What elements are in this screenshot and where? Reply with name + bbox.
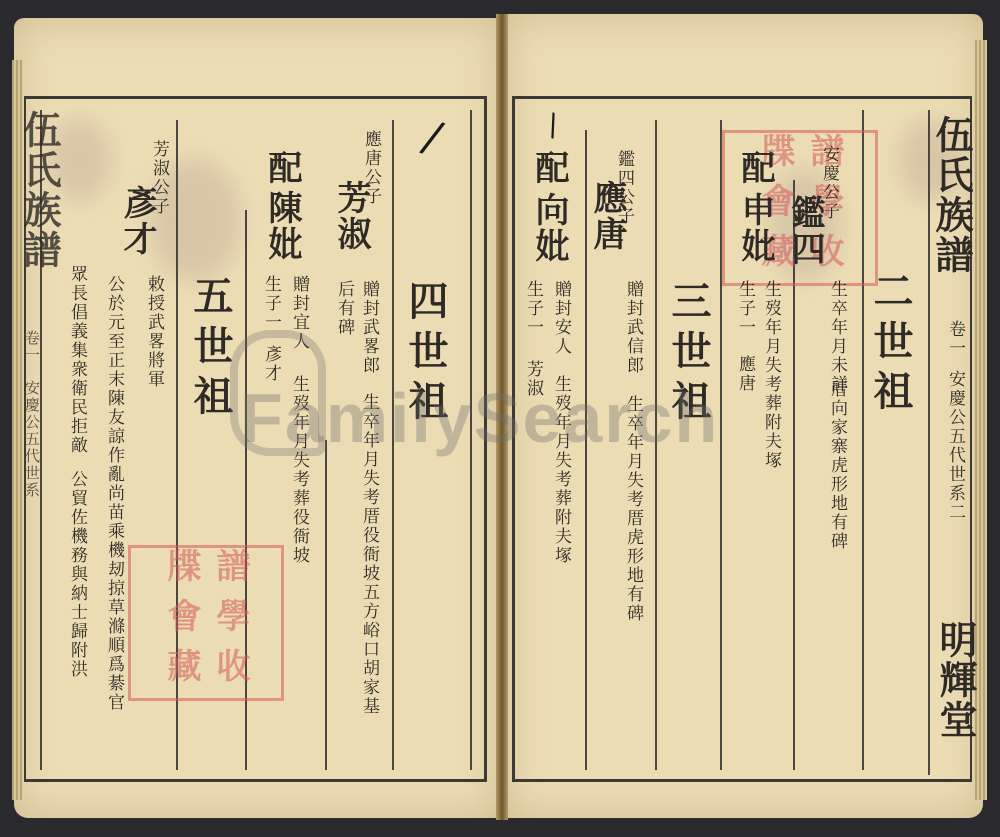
- biography-line: 公貿佐機務與納士歸附洪: [68, 470, 85, 679]
- person-name: 鑑四: [788, 195, 822, 267]
- familysearch-watermark: FamilySearch: [240, 378, 719, 458]
- children-count: 生子一: [524, 280, 541, 337]
- spouse-name: 向妣: [532, 192, 566, 264]
- margin-book-title: 伍氏族譜: [20, 110, 58, 270]
- posthumous-title: 敕授武畧將軍: [145, 275, 162, 389]
- burial-info: 厝向家寨虎形地有碑: [828, 380, 845, 551]
- life-dates: 生卒年月未詳: [828, 280, 845, 394]
- person-name: 彥才: [120, 185, 154, 257]
- volume-label: 卷一: [946, 320, 963, 358]
- spouse-name: 陳妣: [265, 190, 299, 262]
- section-label: 安慶公五代世系二: [946, 370, 963, 522]
- hall-name: 明輝堂: [936, 620, 974, 740]
- spouse-title: 贈封安人: [552, 280, 569, 356]
- posthumous-title: 贈封武畧郎: [360, 280, 377, 375]
- spouse-label: 配: [265, 150, 299, 186]
- column-rule: [325, 440, 327, 770]
- children-count: 生子一: [736, 280, 753, 337]
- generation-heading-2: 二世祖: [870, 270, 910, 420]
- biography-line: 眾長倡義集衆衛民拒敵: [68, 265, 85, 455]
- spouse-label: 配: [532, 150, 566, 186]
- note: 后有碑: [335, 280, 352, 337]
- spouse-life: 生歿年月失考葬附夫塚: [762, 280, 779, 470]
- children-count: 生子一: [262, 275, 279, 332]
- collection-seal-bottom: 譜牒學會收藏: [128, 545, 284, 701]
- person-name: 芳淑: [334, 180, 368, 252]
- posthumous-title: 贈封武信郎: [624, 280, 641, 375]
- margin-section: 安慶公五代世系: [24, 380, 39, 499]
- generation-heading-5: 五世祖: [190, 275, 230, 425]
- book-title: 伍氏族譜: [932, 115, 970, 275]
- margin-volume: 卷一: [24, 330, 39, 364]
- child-name: 應唐: [736, 355, 753, 393]
- spouse-label: 配: [738, 150, 772, 186]
- person-name: 應唐: [590, 180, 624, 252]
- spouse-name: 申妣: [738, 192, 772, 264]
- biography-line: 公於元至正末陳友諒作亂尚苗乘機刼掠草滌順爲綦官: [105, 275, 122, 712]
